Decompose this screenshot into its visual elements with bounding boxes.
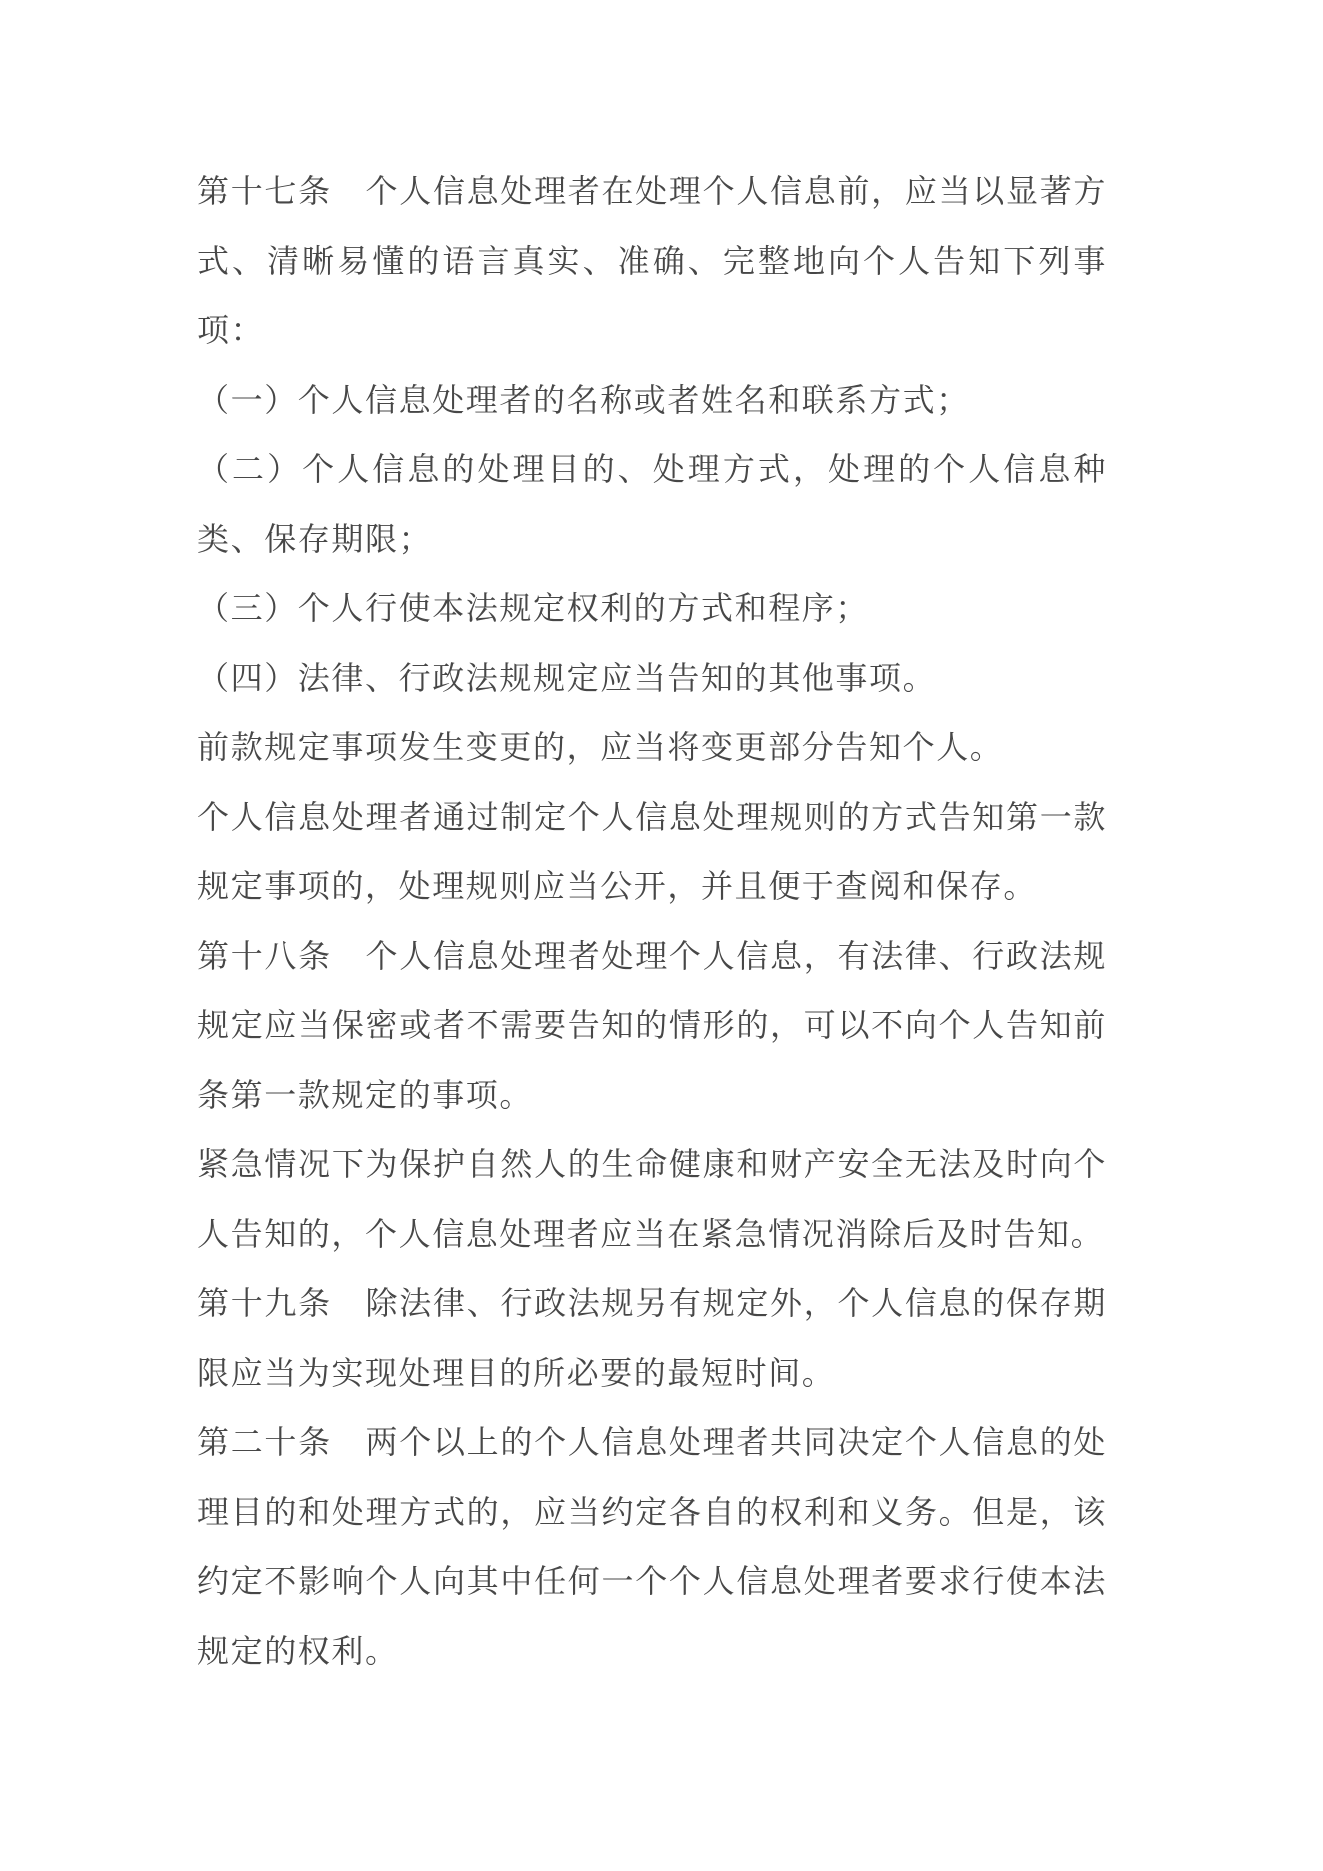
paragraph-article-17-item-3: （三）个人行使本法规定权利的方式和程序； xyxy=(197,574,1107,644)
paragraph-article-18-para-1: 第十八条 个人信息处理者处理个人信息，有法律、行政法规规定应当保密或者不需要告知… xyxy=(197,922,1107,1131)
paragraph-article-17-item-1: （一）个人信息处理者的名称或者姓名和联系方式； xyxy=(197,366,1107,436)
document-background: { "theme": { "background": "#ffffff", "t… xyxy=(0,0,1323,1871)
paragraph-article-17-intro: 第十七条 个人信息处理者在处理个人信息前，应当以显著方式、清晰易懂的语言真实、准… xyxy=(197,157,1107,366)
paragraph-article-17-para-2: 前款规定事项发生变更的，应当将变更部分告知个人。 xyxy=(197,713,1107,783)
paragraph-article-18-para-2: 紧急情况下为保护自然人的生命健康和财产安全无法及时向个人告知的，个人信息处理者应… xyxy=(197,1130,1107,1269)
paragraph-article-17-item-2: （二）个人信息的处理目的、处理方式，处理的个人信息种类、保存期限； xyxy=(197,435,1107,574)
paragraph-article-20: 第二十条 两个以上的个人信息处理者共同决定个人信息的处理目的和处理方式的，应当约… xyxy=(197,1408,1107,1686)
paragraph-article-17-item-4: （四）法律、行政法规规定应当告知的其他事项。 xyxy=(197,644,1107,714)
paragraph-article-19: 第十九条 除法律、行政法规另有规定外，个人信息的保存期限应当为实现处理目的所必要… xyxy=(197,1269,1107,1408)
document-page: 第十七条 个人信息处理者在处理个人信息前，应当以显著方式、清晰易懂的语言真实、准… xyxy=(197,157,1107,1686)
paragraph-article-17-para-3: 个人信息处理者通过制定个人信息处理规则的方式告知第一款规定事项的，处理规则应当公… xyxy=(197,783,1107,922)
